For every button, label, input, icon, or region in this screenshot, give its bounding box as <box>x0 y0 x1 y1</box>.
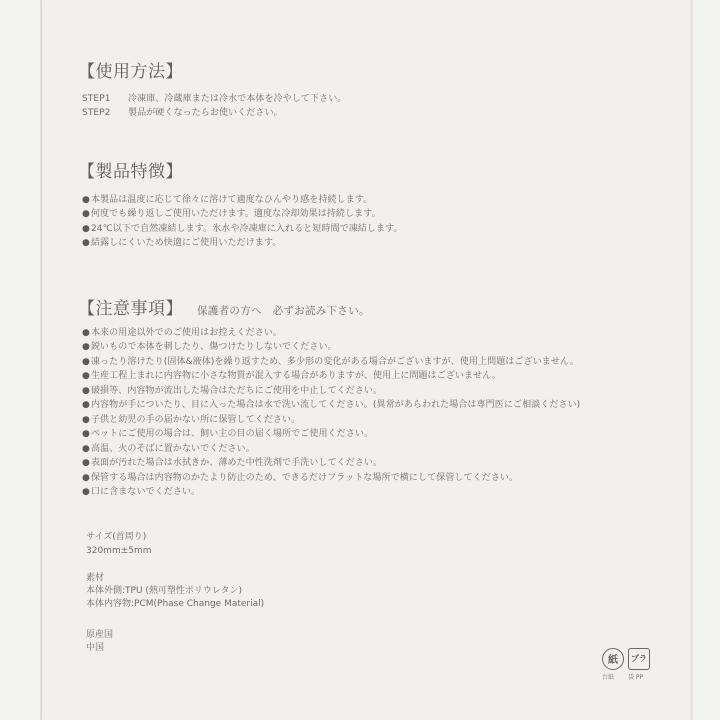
cautions-title: 【注意事項】 <box>78 299 183 319</box>
caution-item: ●保管する場合は内容物のかたより防止のため、できるだけフラットな場所で横にして保… <box>82 471 518 485</box>
feature-item: ●結露しにくいため快適にご使用いただけます。 <box>82 236 281 250</box>
step-label: STEP1 <box>82 92 128 106</box>
material-inner: 本体内容物:PCM(Phase Change Material) <box>86 598 264 611</box>
origin-label: 原産国 <box>86 629 113 642</box>
paper-recycle-caption: 台紙 <box>602 672 614 681</box>
bullet-icon: ● <box>82 328 90 338</box>
sheet-content: 【使用方法】 STEP1冷凍庫、冷蔵庫または冷水で本体を冷やして下さい。 STE… <box>0 0 720 720</box>
caution-item: ●高温、火のそばに置かないでください。 <box>82 442 255 456</box>
caution-item: ●破損等、内容物が流出した場合はただちにご使用を中止してください。 <box>82 384 382 398</box>
recycle-marks: 紙 台紙 プラ 袋 PP <box>598 648 658 682</box>
usage-heading: 【使用方法】 <box>78 57 183 82</box>
feature-item: ●24℃以下で自然凍結します。氷水や冷凍庫に入れると短時間で凍結します。 <box>82 222 403 236</box>
feature-item: ●本製品は温度に応じて徐々に溶けて適度なひんやり感を持続します。 <box>82 193 372 207</box>
bullet-icon: ● <box>82 357 90 367</box>
plastic-recycle-icon: プラ <box>628 648 650 670</box>
cautions-heading: 【注意事項】保護者の方へ 必ずお読み下さい。 <box>78 294 370 319</box>
plastic-recycle-caption: 袋 PP <box>628 672 643 681</box>
bullet-icon: ● <box>82 444 90 454</box>
paper-recycle-icon: 紙 <box>602 648 624 670</box>
caution-item: ●生産工程上まれに内容物に小さな物質が混入する場合がありますが、使用上に問題はご… <box>82 369 501 383</box>
cautions-subheading: 保護者の方へ 必ずお読み下さい。 <box>197 305 370 317</box>
origin-value: 中国 <box>86 642 104 655</box>
caution-item: ●子供と幼児の手の届かない所に保管してください。 <box>82 413 300 427</box>
feature-item: ●何度でも繰り返しご使用いただけます。適度な冷却効果は持続します。 <box>82 207 381 221</box>
usage-step-1: STEP1冷凍庫、冷蔵庫または冷水で本体を冷やして下さい。 <box>82 92 346 106</box>
bullet-icon: ● <box>82 473 90 483</box>
bullet-icon: ● <box>82 342 90 352</box>
caution-item: ●口に含まないでください。 <box>82 485 200 499</box>
step-text: 製品が硬くなったらお使いください。 <box>128 108 283 118</box>
step-label: STEP2 <box>82 106 128 120</box>
bullet-icon: ● <box>82 415 90 425</box>
bullet-icon: ● <box>82 238 90 248</box>
bullet-icon: ● <box>82 429 90 439</box>
size-label: サイズ(首周り) <box>86 531 146 544</box>
caution-item: ●内容物が手についたり、目に入った場合は水で洗い流してください。(異常があらわれ… <box>82 398 580 412</box>
bullet-icon: ● <box>82 487 90 497</box>
material-label: 素材 <box>86 572 104 585</box>
caution-item: ●凍ったり溶けたり(固体&液体)を繰り返すため、多少形の変化がある場合がございま… <box>82 355 579 369</box>
bullet-icon: ● <box>82 224 90 234</box>
bullet-icon: ● <box>82 209 90 219</box>
bullet-icon: ● <box>82 371 90 381</box>
bullet-icon: ● <box>82 195 90 205</box>
caution-item: ●本来の用途以外でのご使用はお控えください。 <box>82 326 282 340</box>
caution-item: ●表面が汚れた場合は水拭きか、薄めた中性洗剤で手洗いしてください。 <box>82 456 382 470</box>
material-outer: 本体外側:TPU (熱可塑性ポリウレタン) <box>86 585 242 598</box>
features-heading: 【製品特徴】 <box>78 157 183 182</box>
caution-item: ●鋭いもので本体を刺したり、傷つけたりしないでください。 <box>82 340 337 354</box>
step-text: 冷凍庫、冷蔵庫または冷水で本体を冷やして下さい。 <box>128 94 346 104</box>
usage-step-2: STEP2製品が硬くなったらお使いください。 <box>82 106 283 120</box>
size-value: 320mm±5mm <box>86 545 152 558</box>
caution-item: ●ペットにご使用の場合は、飼い主の目の届く場所でご使用ください。 <box>82 427 373 441</box>
bullet-icon: ● <box>82 386 90 396</box>
bullet-icon: ● <box>82 400 90 410</box>
bullet-icon: ● <box>82 458 90 468</box>
